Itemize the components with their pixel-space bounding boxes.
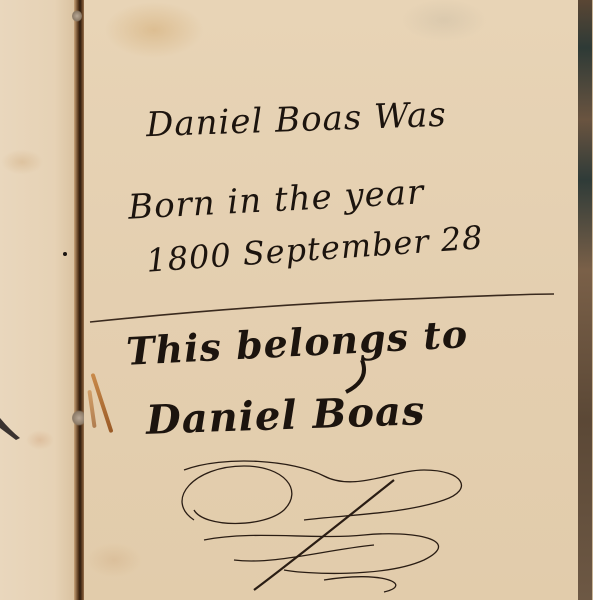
- ink-strokes: [84, 0, 580, 600]
- left-page: [0, 0, 78, 600]
- inscription-line-5: Daniel Boas: [145, 387, 426, 444]
- inscription-line-1: Daniel Boas Was: [145, 95, 447, 145]
- book-photo: Daniel Boas Was Born in the year 1800 Se…: [0, 0, 600, 600]
- inscription: Daniel Boas Was Born in the year 1800 Se…: [84, 0, 580, 600]
- binding-thread-top: [72, 10, 82, 22]
- left-page-ink-mark: [0, 0, 78, 600]
- inscription-line-2: Born in the year: [127, 172, 425, 227]
- inscription-line-3: 1800 September 28: [145, 218, 485, 279]
- inscription-line-4: This belongs to: [125, 311, 469, 374]
- pen-flourish: [182, 461, 461, 592]
- book-cover-edge: [578, 0, 593, 600]
